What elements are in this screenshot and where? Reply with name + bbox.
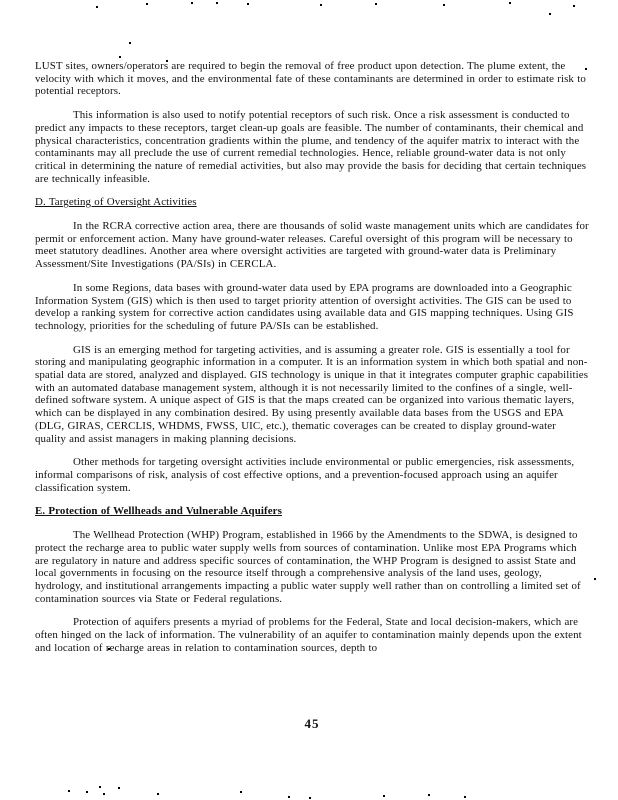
page-number: 45 — [35, 716, 589, 732]
paragraph-whp: The Wellhead Protection (WHP) Program, e… — [35, 529, 589, 605]
paragraph-gis-emerging: GIS is an emerging method for targeting … — [35, 344, 589, 446]
scanned-document-page: LUST sites, owners/operators are require… — [0, 0, 618, 800]
document-body: LUST sites, owners/operators are require… — [35, 60, 589, 665]
paragraph-regions-gis: In some Regions, data bases with ground-… — [35, 282, 589, 333]
section-heading-d: D. Targeting of Oversight Activities — [35, 196, 589, 209]
paragraph-aquifer-protection: Protection of aquifers presents a myriad… — [35, 616, 589, 654]
section-heading-e: E. Protection of Wellheads and Vulnerabl… — [35, 505, 589, 518]
paragraph-risk-info: This information is also used to notify … — [35, 109, 589, 185]
paragraph-lust-continuation: LUST sites, owners/operators are require… — [35, 60, 589, 98]
paragraph-rcra: In the RCRA corrective action area, ther… — [35, 220, 589, 271]
paragraph-other-methods: Other methods for targeting oversight ac… — [35, 456, 589, 494]
